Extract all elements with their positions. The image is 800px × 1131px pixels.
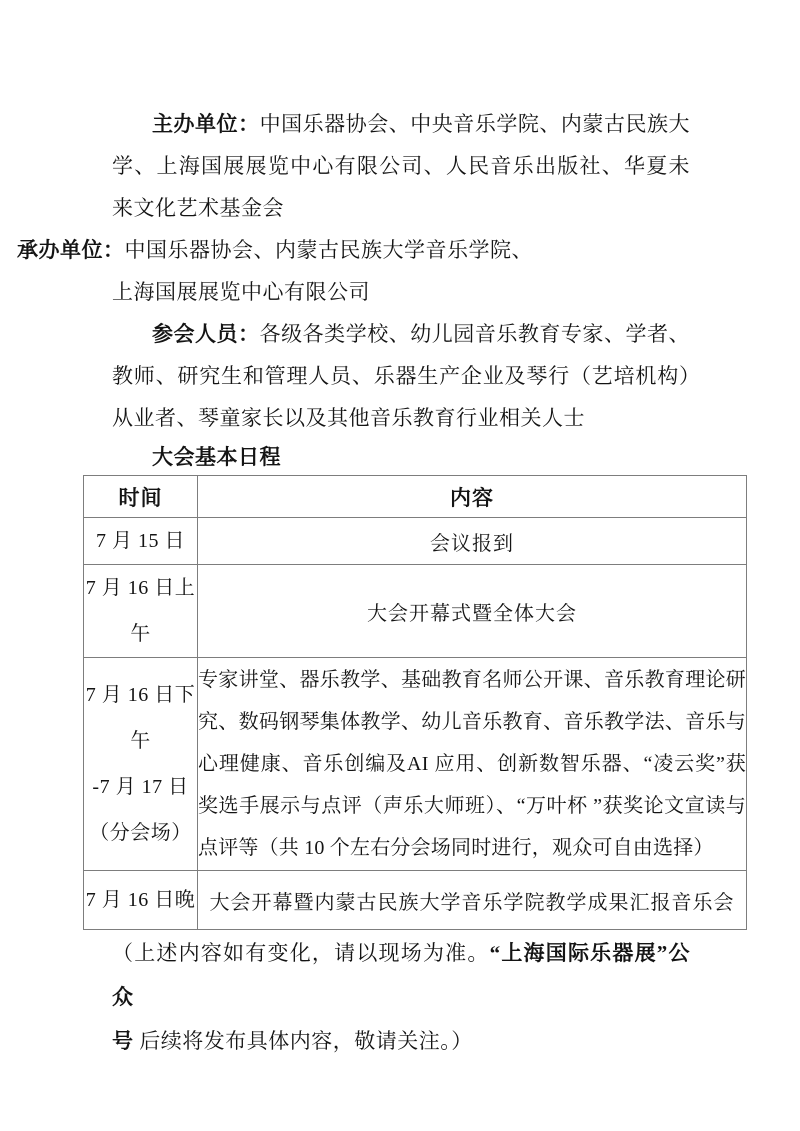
table-header-row: 时间 内容 [84,476,747,518]
undertaker-text: 中国乐器协会、内蒙古民族大学音乐学院、 上海国展展览中心有限公司 [112,238,533,304]
undertaker-paragraph: 承办单位：中国乐器协会、内蒙古民族大学音乐学院、 上海国展展览中心有限公司 [112,229,555,313]
column-header-content: 内容 [198,476,747,518]
row3-time-cell: 7 月 16 日下午 -7 月 17 日 （分会场） [84,658,198,871]
table-row: 7 月 16 日下午 -7 月 17 日 （分会场） 专家讲堂、器乐教学、基础教… [84,658,747,871]
participants-label: 参会人员： [152,322,260,346]
row4-content-cell: 大会开幕暨内蒙古民族大学音乐学院教学成果汇报音乐会 [198,871,747,930]
document-page: 主办单位：中国乐器协会、中央音乐学院、内蒙古民族大学、上海国展展览中心有限公司、… [0,0,800,1131]
row1-content-cell: 会议报到 [198,518,747,565]
table-row: 7 月 16 日上午 大会开幕式暨全体大会 [84,565,747,658]
document-content: 主办单位：中国乐器协会、中央音乐学院、内蒙古民族大学、上海国展展览中心有限公司、… [112,103,690,1063]
column-header-time: 时间 [84,476,198,518]
schedule-heading: 大会基本日程 [112,439,690,475]
footer-note-text-2: 后续将发布具体内容，敬请关注。） [134,1029,473,1053]
footer-note: （上述内容如有变化，请以现场为准。“上海国际乐器展”公众号 后续将发布具体内容，… [112,931,690,1063]
row2-content-cell: 大会开幕式暨全体大会 [198,565,747,658]
undertaker-label: 承办单位： [17,238,125,262]
schedule-table: 时间 内容 7 月 15 日 会议报到 7 月 16 日上午 大会开幕式暨全体大… [83,475,747,930]
organizer-label: 主办单位： [152,112,260,136]
row4-time-cell: 7 月 16 日晚 [84,871,198,930]
organizer-paragraph: 主办单位：中国乐器协会、中央音乐学院、内蒙古民族大学、上海国展展览中心有限公司、… [112,103,690,229]
row3-content-cell: 专家讲堂、器乐教学、基础教育名师公开课、音乐教育理论研究、数码钢琴集体教学、幼儿… [198,658,747,871]
footer-note-bold-2: 号 [112,1029,134,1053]
participants-paragraph: 参会人员：各级各类学校、幼儿园音乐教育专家、学者、教师、研究生和管理人员、乐器生… [112,313,690,439]
table-row: 7 月 15 日 会议报到 [84,518,747,565]
footer-note-text-1: （上述内容如有变化，请以现场为准。 [112,941,490,965]
row2-time-cell: 7 月 16 日上午 [84,565,198,658]
table-row: 7 月 16 日晚 大会开幕暨内蒙古民族大学音乐学院教学成果汇报音乐会 [84,871,747,930]
row1-time-cell: 7 月 15 日 [84,518,198,565]
